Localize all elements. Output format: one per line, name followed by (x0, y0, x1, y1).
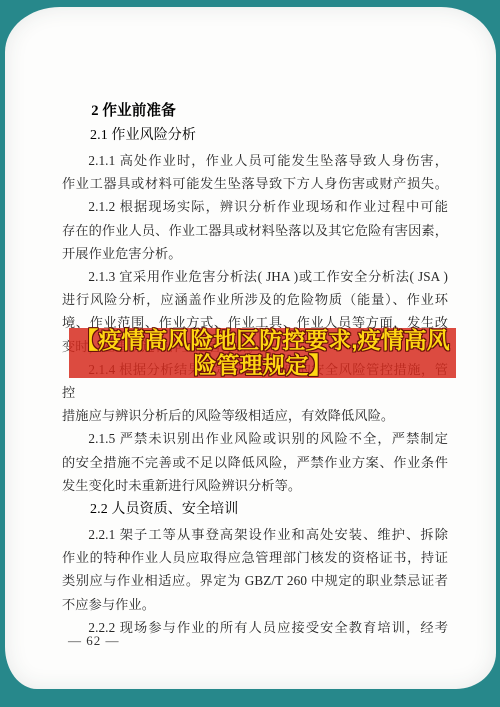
scan-background: 2 作业前准备2.1 作业风险分析2.1.1 高处作业时，作业人员可能发生坠落导… (0, 0, 500, 707)
document-line: 开展作业危害分析。 (62, 242, 448, 265)
document-line: 2.2 人员资质、安全培训 (62, 498, 448, 522)
document-line: 的安全措施不完善或不足以降低风险，严禁作业方案、作业条件 (62, 451, 448, 474)
document-line: 2.1.1 高处作业时，作业人员可能发生坠落导致人身伤害， (62, 149, 448, 172)
document-line: 2.1 作业风险分析 (62, 124, 448, 148)
document-line: 存在的作业人员、作业工器具或材料坠落以及其它危险有害因素， (62, 219, 448, 242)
document-line: 类别应与作业相适应。界定为 GBZ/T 260 中规定的职业禁忌证者 (62, 569, 448, 592)
document-line: 2 作业前准备 (62, 99, 448, 123)
banner-text-line2: 险管理规定】 (69, 353, 456, 377)
document-line: 发生变化时未重新进行风险辨识分析等。 (62, 474, 448, 497)
document-line: 2.1.2 根据现场实际，辨识分析作业现场和作业过程中可能 (62, 195, 448, 218)
overlay-banner: 【疫情高风险地区防控要求,疫情高风 险管理规定】 (69, 328, 456, 378)
document-line: 措施应与辨识分析后的风险等级相适应，有效降低风险。 (62, 404, 448, 427)
document-line: 作业工器具或材料可能发生坠落导致下方人身伤害或财产损失。 (62, 172, 448, 195)
document-line: 作业的特种作业人员应取得应急管理部门核发的资格证书，持证 (62, 546, 448, 569)
document-line: 不应参与作业。 (62, 593, 448, 616)
document-line: 2.2.1 架子工等从事登高架设作业和高处安装、维护、拆除 (62, 523, 448, 546)
page-number: — 62 — (68, 633, 120, 649)
banner-text-line1: 【疫情高风险地区防控要求,疫情高风 (69, 328, 456, 352)
document-line: 2.1.3 宜采用作业危害分析法( JHA )或工作安全分析法( JSA ) (62, 265, 448, 288)
document-line: 2.1.5 严禁未识别出作业风险或识别的风险不全，严禁制定 (62, 427, 448, 450)
document-line: 进行风险分析，应涵盖作业所涉及的危险物质（能量）、作业环 (62, 288, 448, 311)
